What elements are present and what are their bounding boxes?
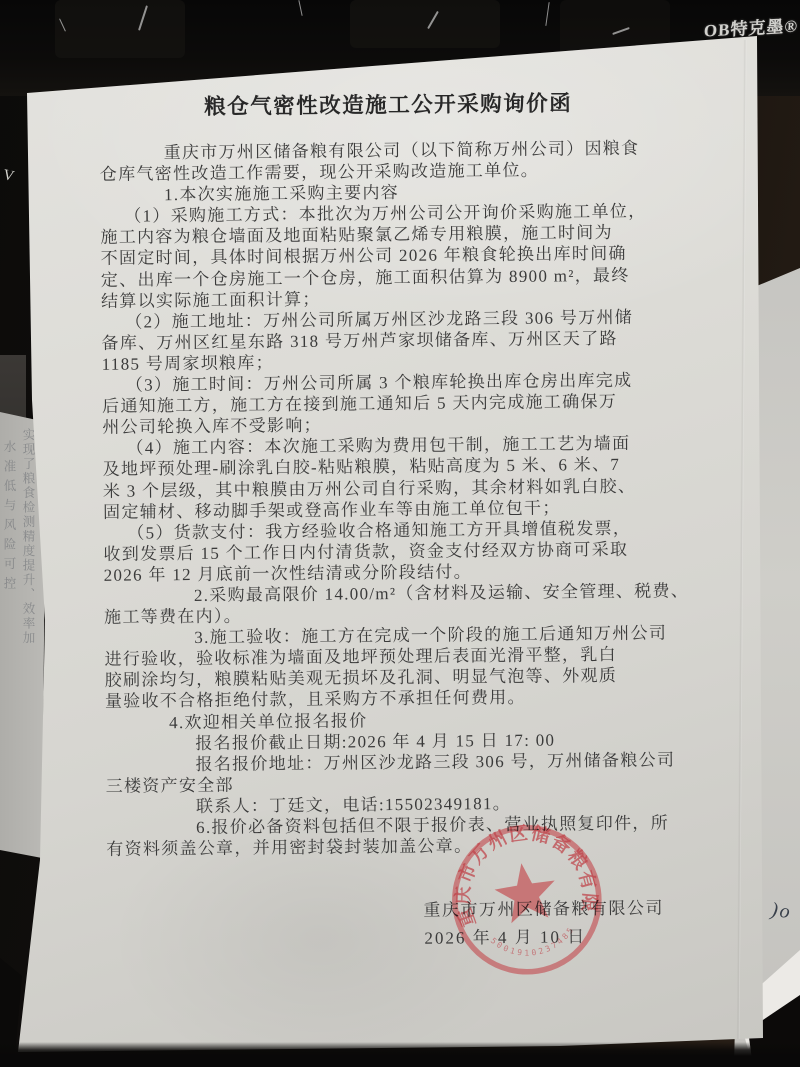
document-body: 粮仓气密性改造施工公开采购询价函 重庆市万州区储备粮有限公司（以下简称万州公司）… (0, 0, 800, 1067)
underlying-sheet-text: 实现了粮食检测精度提升、效率加 (19, 428, 37, 646)
document-title: 粮仓气密性改造施工公开采购询价函 (100, 85, 676, 122)
desk-bottom (0, 1042, 800, 1067)
keyboard-key (55, 0, 185, 58)
underlying-sheet-text: 水准低与风险可控 (0, 440, 18, 596)
photo-scene: OB特克墨® V 水准低与风险可控 实现了粮食检测精度提升、效率加 )o 粮仓气… (0, 0, 800, 1067)
handwriting-mark: )o (770, 899, 794, 925)
star-icon (491, 859, 560, 925)
scratch-mark (545, 2, 549, 26)
keyboard-key (350, 0, 500, 48)
scratch-mark (298, 0, 302, 16)
document-text-block: 重庆市万州区储备粮有限公司（以下简称万州公司）因粮食仓库气密性改造工作需要，现公… (100, 137, 687, 860)
scratch-v-mark: V (1, 167, 15, 186)
company-seal: 重庆市万州区储备粮有限公司 5001910237485 (437, 810, 617, 990)
paper-sheet: 粮仓气密性改造施工公开采购询价函 重庆市万州区储备粮有限公司（以下简称万州公司）… (0, 0, 800, 1067)
seal-graphic: 重庆市万州区储备粮有限公司 5001910237485 (437, 810, 617, 990)
